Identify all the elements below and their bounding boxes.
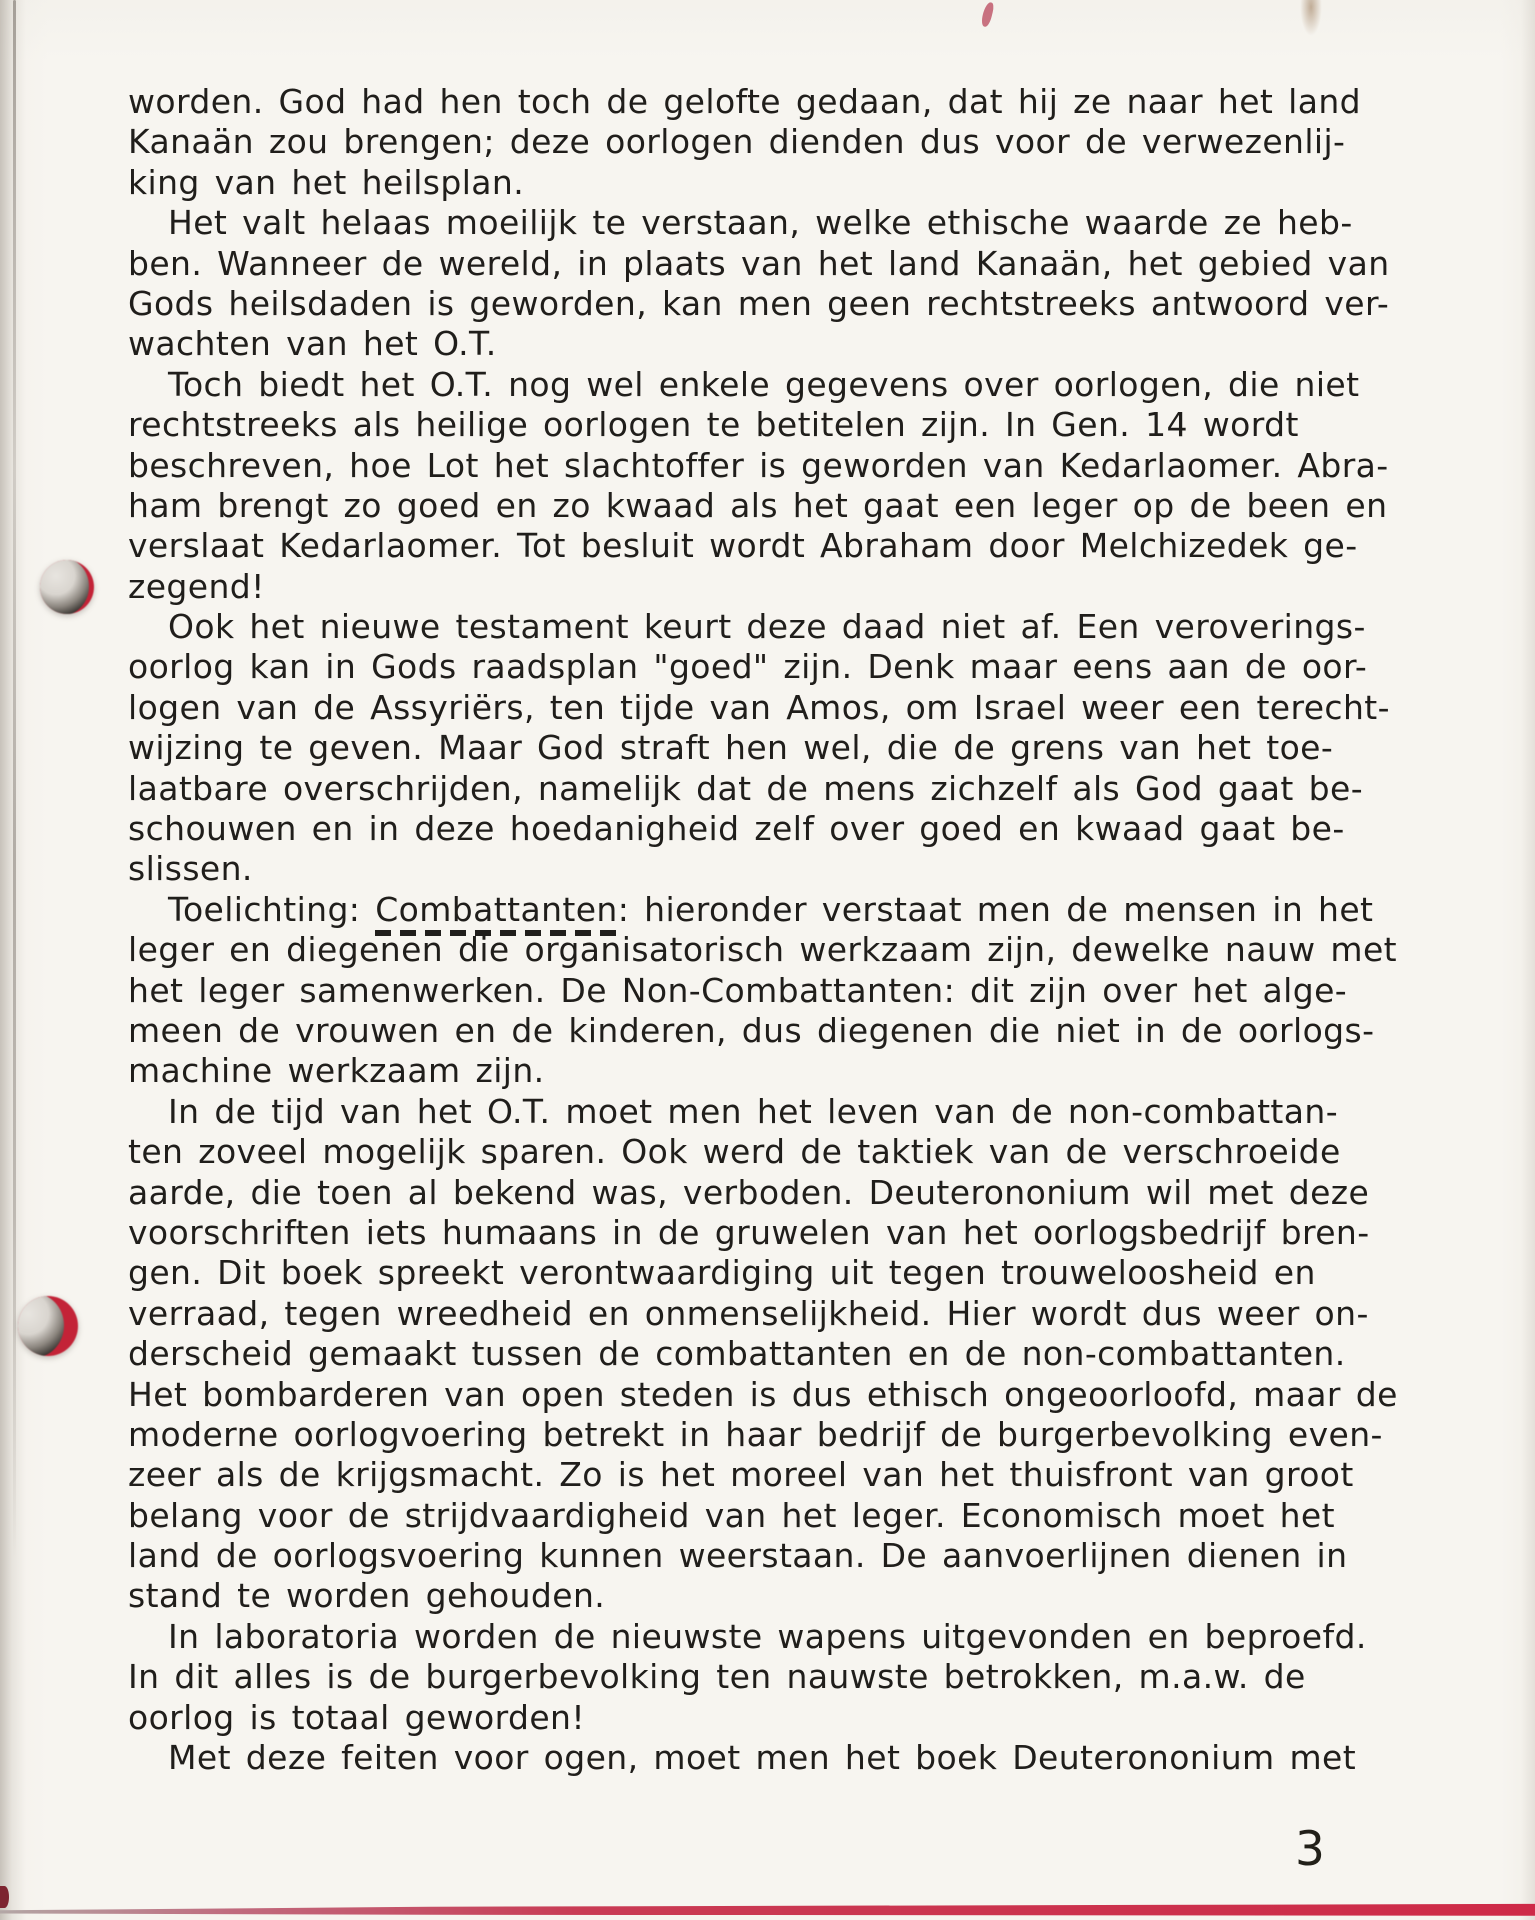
scanned-document-page: { "doc": { "language": "Dutch", "page_nu… (0, 0, 1535, 1920)
text-line: Ook het nieuwe testament keurt deze daad… (128, 607, 1488, 647)
underlined-term-combattanten: Combattanten (375, 890, 618, 936)
text-line: In de tijd van het O.T. moet men het lev… (128, 1092, 1488, 1132)
text-line: ten zoveel mogelijk sparen. Ook werd de … (128, 1132, 1488, 1172)
text-line: verraad, tegen wreedheid en onmenselijkh… (128, 1294, 1488, 1334)
page-number: 3 (1295, 1822, 1326, 1877)
text-line: Gods heilsdaden is geworden, kan men gee… (128, 284, 1488, 324)
text-line: land de oorlogsvoering kunnen weerstaan.… (128, 1536, 1488, 1576)
text-line: moderne oorlogvoering betrekt in haar be… (128, 1415, 1488, 1455)
red-cover-edge (0, 1901, 1535, 1917)
text-line: belang voor de strijdvaardigheid van het… (128, 1496, 1488, 1536)
text-line: logen van de Assyriërs, ten tijde van Am… (128, 688, 1488, 728)
bottom-left-red-spot (0, 1886, 9, 1908)
text-line: Kanaän zou brengen; deze oorlogen diende… (128, 122, 1488, 162)
body-text: worden. God had hen toch de gelofte geda… (128, 82, 1488, 1778)
text-line: zeer als de krijgsmacht. Zo is het moree… (128, 1455, 1488, 1495)
text-line: voorschriften iets humaans in de gruwele… (128, 1213, 1488, 1253)
text-line: wachten van het O.T. (128, 324, 1488, 364)
text-line: Met deze feiten voor ogen, moet men het … (128, 1738, 1488, 1778)
text-line: laatbare overschrijden, namelijk dat de … (128, 769, 1488, 809)
text-line: Het valt helaas moeilijk te verstaan, we… (128, 203, 1488, 243)
text-line: verslaat Kedarlaomer. Tot besluit wordt … (128, 526, 1488, 566)
text-line: Het bombarderen van open steden is dus e… (128, 1375, 1488, 1415)
text-line: oorlog is totaal geworden! (128, 1698, 1488, 1738)
text-line: worden. God had hen toch de gelofte geda… (128, 82, 1488, 122)
text-line: Toch biedt het O.T. nog wel enkele gegev… (128, 365, 1488, 405)
text-line: rechtstreeks als heilige oorlogen te bet… (128, 405, 1488, 445)
text-line: wijzing te geven. Maar God straft hen we… (128, 728, 1488, 768)
hole-shadow-ball (40, 560, 89, 614)
text-line: beschreven, hoe Lot het slachtoffer is g… (128, 446, 1488, 486)
text-line: meen de vrouwen en de kinderen, dus dieg… (128, 1011, 1488, 1051)
spine-crease-line (13, 0, 16, 1560)
text-line: het leger samenwerken. De Non-Combattant… (128, 971, 1488, 1011)
tan-smudge (1300, 0, 1322, 36)
text-line: derscheid gemaakt tussen de combattanten… (128, 1334, 1488, 1374)
text-line-toelichting: Toelichting: Combattanten: hieronder ver… (128, 890, 1488, 930)
text-line: ben. Wanneer de wereld, in plaats van he… (128, 244, 1488, 284)
text-line: In dit alles is de burgerbevolking ten n… (128, 1657, 1488, 1697)
text-line: machine werkzaam zijn. (128, 1051, 1488, 1091)
toelichting-rest: : hieronder verstaat men de mensen in he… (618, 890, 1374, 929)
text-line: oorlog kan in Gods raadsplan "goed" zijn… (128, 647, 1488, 687)
punch-hole-top (40, 560, 94, 614)
text-line: schouwen en in deze hoedanigheid zelf ov… (128, 809, 1488, 849)
punch-hole-bottom (18, 1296, 78, 1356)
text-line: gen. Dit boek spreekt verontwaardiging u… (128, 1253, 1488, 1293)
text-line: zegend! (128, 567, 1488, 607)
text-line: ham brengt zo goed en zo kwaad als het g… (128, 486, 1488, 526)
toelichting-label: Toelichting: (168, 890, 375, 929)
text-line: aarde, die toen al bekend was, verboden.… (128, 1173, 1488, 1213)
text-line: stand te worden gehouden. (128, 1576, 1488, 1616)
text-line: slissen. (128, 849, 1488, 889)
text-line: king van het heilsplan. (128, 163, 1488, 203)
text-line: leger en diegenen die organisatorisch we… (128, 930, 1488, 970)
red-ink-speck (980, 1, 995, 27)
text-line: In laboratoria worden de nieuwste wapens… (128, 1617, 1488, 1657)
